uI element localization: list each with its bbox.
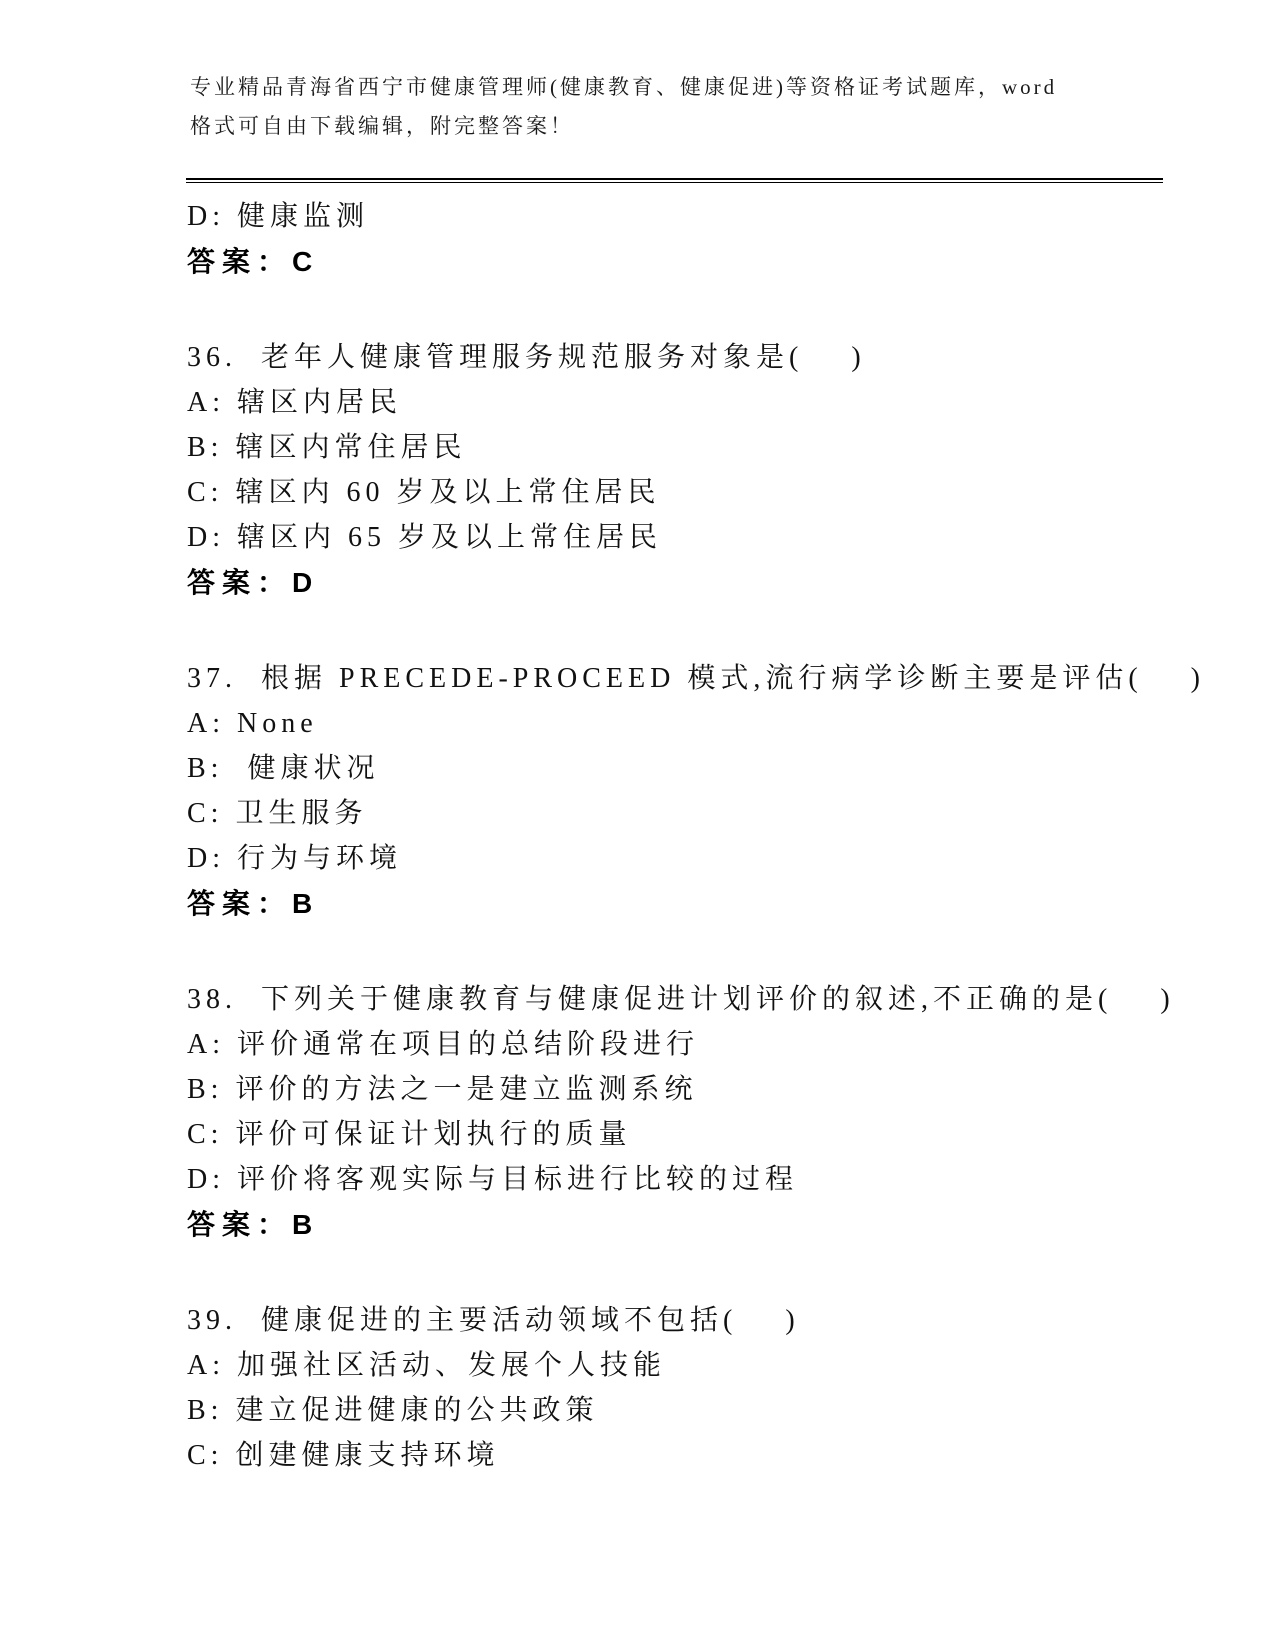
- questions-area: D: 健康监测 答案：C 36. 老年人健康管理服务规范服务对象是( ) A: …: [187, 194, 1167, 1478]
- question-39: 39. 健康促进的主要活动领域不包括( ) A: 加强社区活动、发展个人技能 B…: [187, 1298, 1167, 1478]
- option-line: C: 创建健康支持环境: [187, 1433, 1167, 1478]
- header-line-2: 格式可自由下载编辑，附完整答案！: [190, 107, 1110, 146]
- document-page: 专业精品青海省西宁市健康管理师(健康教育、健康促进)等资格证考试题库，word …: [0, 0, 1275, 1650]
- question-stem: 37. 根据 PRECEDE-PROCEED 模式,流行病学诊断主要是评估( ): [187, 656, 1167, 701]
- option-line: C: 辖区内 60 岁及以上常住居民: [187, 470, 1167, 515]
- header-line-1: 专业精品青海省西宁市健康管理师(健康教育、健康促进)等资格证考试题库，word: [190, 68, 1110, 107]
- option-line: D: 评价将客观实际与目标进行比较的过程: [187, 1157, 1167, 1202]
- option-line: D: 行为与环境: [187, 836, 1167, 881]
- answer-line: 答案：C: [187, 239, 1167, 284]
- answer-line: 答案：B: [187, 881, 1167, 926]
- previous-question-tail: D: 健康监测 答案：C: [187, 194, 1167, 284]
- option-line: C: 评价可保证计划执行的质量: [187, 1112, 1167, 1157]
- answer-line: 答案：B: [187, 1202, 1167, 1247]
- option-line: B: 辖区内常住居民: [187, 425, 1167, 470]
- option-line: A: 评价通常在项目的总结阶段进行: [187, 1022, 1167, 1067]
- option-line: B: 建立促进健康的公共政策: [187, 1388, 1167, 1433]
- question-38: 38. 下列关于健康教育与健康促进计划评价的叙述,不正确的是( ) A: 评价通…: [187, 977, 1167, 1247]
- option-line: D: 健康监测: [187, 194, 1167, 239]
- option-line: C: 卫生服务: [187, 791, 1167, 836]
- option-line: B: 评价的方法之一是建立监测系统: [187, 1067, 1167, 1112]
- question-stem: 36. 老年人健康管理服务规范服务对象是( ): [187, 335, 1167, 380]
- answer-line: 答案：D: [187, 560, 1167, 605]
- question-37: 37. 根据 PRECEDE-PROCEED 模式,流行病学诊断主要是评估( )…: [187, 656, 1167, 926]
- page-header: 专业精品青海省西宁市健康管理师(健康教育、健康促进)等资格证考试题库，word …: [190, 68, 1110, 146]
- header-divider-rule: [186, 178, 1163, 183]
- option-line: B: 健康状况: [187, 746, 1167, 791]
- option-line: A: 加强社区活动、发展个人技能: [187, 1343, 1167, 1388]
- question-stem: 38. 下列关于健康教育与健康促进计划评价的叙述,不正确的是( ): [187, 977, 1167, 1022]
- option-line: A: 辖区内居民: [187, 380, 1167, 425]
- question-36: 36. 老年人健康管理服务规范服务对象是( ) A: 辖区内居民 B: 辖区内常…: [187, 335, 1167, 605]
- question-stem: 39. 健康促进的主要活动领域不包括( ): [187, 1298, 1167, 1343]
- option-line: D: 辖区内 65 岁及以上常住居民: [187, 515, 1167, 560]
- option-line: A: None: [187, 701, 1167, 746]
